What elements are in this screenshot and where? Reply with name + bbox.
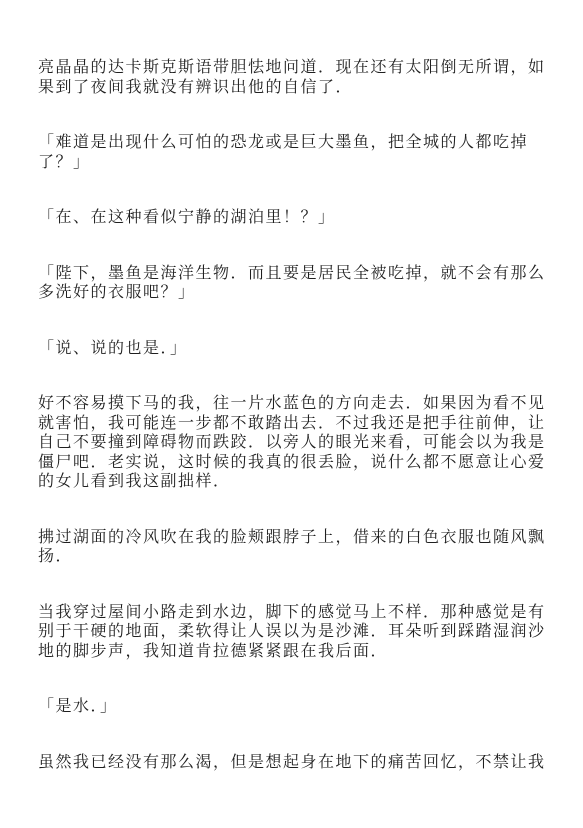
paragraph-narration-2: 好不容易摸下马的我，往一片水蓝色的方向走去．如果因为看不见就害怕，我可能连一步都… <box>38 394 548 492</box>
paragraph-dialogue-2: 「在、在这种看似宁静的湖泊里！？」 <box>38 208 548 228</box>
paragraph-dialogue-5: 「是水．」 <box>38 697 548 717</box>
paragraph-dialogue-1: 「难道是出现什么可怕的恐龙或是巨大墨鱼，把全城的人都吃掉了？」 <box>38 133 548 172</box>
paragraph-narration-1: 亮晶晶的达卡斯克斯语带胆怯地问道．现在还有太阳倒无所谓，如果到了夜间我就没有辨识… <box>38 58 548 97</box>
paragraph-narration-4: 当我穿过屋间小路走到水边，脚下的感觉马上不样．那种感觉是有别于干硬的地面，柔软得… <box>38 603 548 662</box>
paragraph-dialogue-4: 「说、说的也是．」 <box>38 339 548 359</box>
paragraph-dialogue-3: 「陛下，墨鱼是海洋生物．而且要是居民全被吃掉，就不会有那么多洗好的衣服吧？」 <box>38 264 548 303</box>
document-page: 亮晶晶的达卡斯克斯语带胆怯地问道．现在还有太阳倒无所谓，如果到了夜间我就没有辨识… <box>0 0 583 828</box>
paragraph-narration-5: 虽然我已经没有那么渴，但是想起身在地下的痛苦回忆，不禁让我 <box>38 753 548 773</box>
text-content: 亮晶晶的达卡斯克斯语带胆怯地问道．现在还有太阳倒无所谓，如果到了夜间我就没有辨识… <box>0 0 583 772</box>
paragraph-narration-3: 拂过湖面的冷风吹在我的脸颊跟脖子上，借来的白色衣服也随风飘扬． <box>38 528 548 567</box>
